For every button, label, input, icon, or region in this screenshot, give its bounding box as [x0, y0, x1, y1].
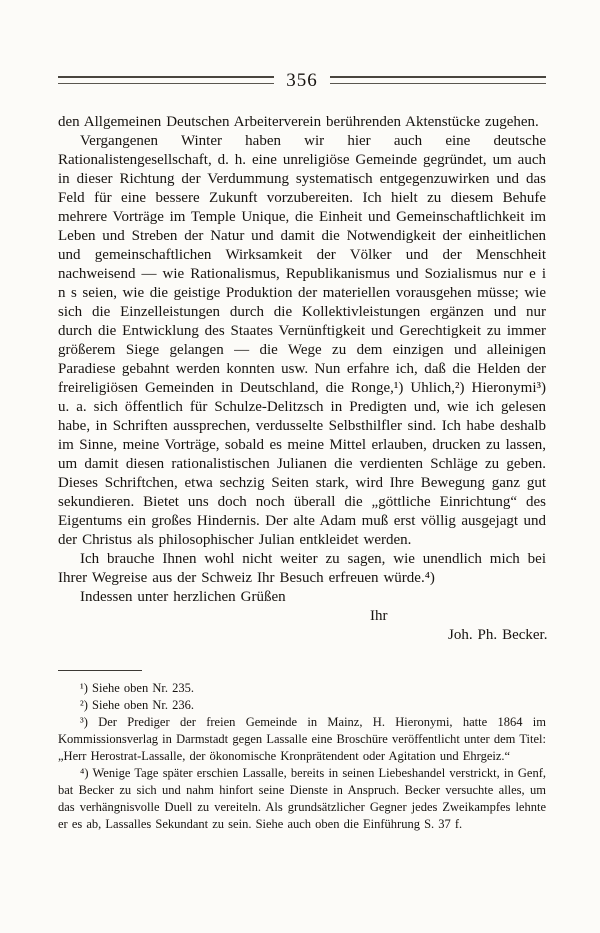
footnote-4: ⁴) Wenige Tage später erschien Lassalle,… — [58, 765, 546, 833]
page-header: 356 — [58, 70, 546, 90]
body-paragraph-besuch: Ich brauche Ihnen wohl nicht weiter zu s… — [58, 550, 546, 588]
header-rule-left — [58, 76, 274, 84]
footnote-2: ²) Siehe oben Nr. 236. — [58, 697, 546, 714]
footnote-3: ³) Der Prediger der freien Gemeinde in M… — [58, 714, 546, 765]
body-paragraph-continuation: den Allgemeinen Deutschen Arbeiterverein… — [58, 113, 546, 132]
footnote-separator-rule — [58, 670, 142, 671]
footnote-1: ¹) Siehe oben Nr. 235. — [58, 680, 546, 697]
signature-closing: Ihr — [58, 607, 546, 626]
header-rule-right — [330, 76, 546, 84]
page-number: 356 — [286, 71, 318, 91]
body-paragraph-rationalisten: Vergangenen Winter haben wir hier auch e… — [58, 132, 546, 550]
body-paragraph-gruesse: Indessen unter herzlichen Grüßen — [58, 588, 546, 607]
signature-name: Joh. Ph. Becker. — [58, 626, 546, 645]
footnotes-section: ¹) Siehe oben Nr. 235. ²) Siehe oben Nr.… — [58, 670, 546, 833]
book-page: 356 den Allgemeinen Deutschen Arbeiterve… — [0, 0, 600, 933]
letter-body: den Allgemeinen Deutschen Arbeiterverein… — [58, 113, 546, 645]
